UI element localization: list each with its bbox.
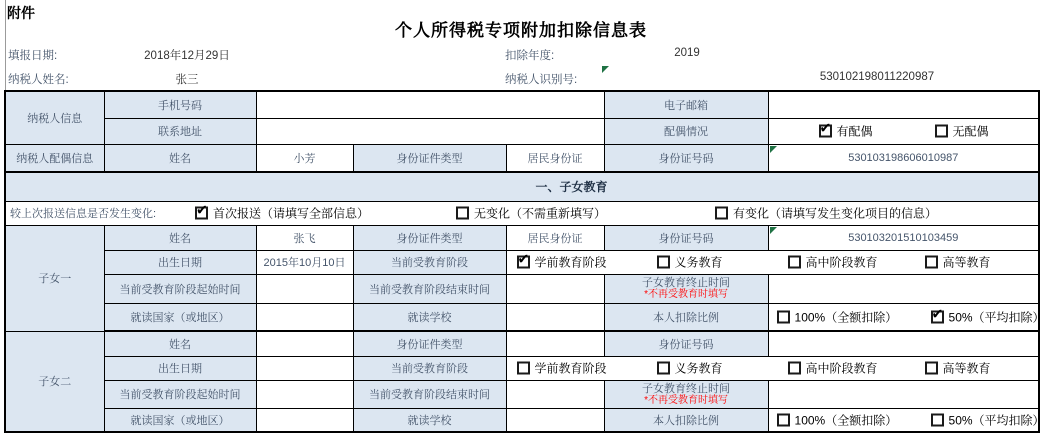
child1-id-type-label: 身份证件类型 [353,225,506,250]
address-value-cell[interactable] [256,118,604,144]
child2-id-type-value-cell[interactable] [506,331,604,356]
child1-edu-end-value-cell[interactable] [768,274,1039,303]
taxpayer-id-label: 纳税人识别号: [505,71,577,87]
deduction-year-label: 扣除年度: [505,47,554,63]
child2-stage-preschool-checkbox[interactable] [517,362,530,375]
no-change-checkbox[interactable] [456,207,469,220]
child2-birth-label: 出生日期 [104,356,256,380]
no-change-label: 无变化（不需重新填写） [474,205,606,222]
child2-stage-start-value-cell[interactable] [256,380,353,408]
child1-id-number-label: 身份证号码 [604,225,768,250]
has-spouse-label: 有配偶 [837,123,873,140]
child1-ratio-options-cell: 100%（全额扣除） 50%（平均扣除） [768,303,1039,331]
child1-stage-options-cell: 学前教育阶段 义务教育 高中阶段教育 高等教育 [506,250,1039,274]
child2-stage-start-label: 当前受教育阶段起始时间 [104,380,256,408]
deduction-form-table: 纳税人信息 手机号码 电子邮箱 联系地址 配偶情况 有配偶 无配偶 [4,90,1040,433]
child2-edu-end-value-cell[interactable] [768,380,1039,408]
child2-stage-label: 当前受教育阶段 [353,356,506,380]
no-spouse-label: 无配偶 [953,123,989,140]
email-label: 电子邮箱 [604,91,768,118]
spouse-status-cell: 有配偶 无配偶 [768,118,1039,144]
spouse-id-type-value-cell[interactable]: 居民身份证 [506,144,604,172]
first-report-checkbox[interactable] [195,207,208,220]
child1-ratio-label: 本人扣除比例 [604,303,768,331]
child2-ratio-50-checkbox[interactable] [931,413,944,426]
child2-ratio-50-label: 50%（平均扣除） [949,411,1040,428]
section-title-children-education: 一、子女教育 [5,172,1039,201]
child2-edu-end-note: *不再受教育时填写 [605,395,768,406]
child2-id-number-value-cell[interactable] [768,331,1039,356]
child2-school-value-cell[interactable] [506,408,604,432]
child1-stage-end-value-cell[interactable] [506,274,604,303]
child1-stage-compulsory-checkbox[interactable] [657,256,670,269]
child1-stage-highschool-checkbox[interactable] [788,256,801,269]
child2-id-type-label: 身份证件类型 [353,331,506,356]
child1-stage-start-label: 当前受教育阶段起始时间 [104,274,256,303]
green-corner-marker [770,227,777,234]
has-spouse-checkbox[interactable] [819,125,832,138]
first-report-label: 首次报送（请填写全部信息） [213,205,369,222]
child1-stage-compulsory-label: 义务教育 [675,254,723,271]
spouse-id-number-value: 530103198606010987 [848,152,958,164]
spouse-info-section-label: 纳税人配偶信息 [5,144,104,172]
child1-country-label: 就读国家（或地区） [104,303,256,331]
child1-stage-preschool-label: 学前教育阶段 [535,254,607,271]
child1-edu-end-label-cell: 子女教育终止时间 *不再受教育时填写 [604,274,768,303]
child2-ratio-100-checkbox[interactable] [777,413,790,426]
taxpayer-name-label: 纳税人姓名: [8,71,69,87]
mobile-value-cell[interactable] [256,91,604,118]
child2-ratio-options-cell: 100%（全额扣除） 50%（平均扣除） [768,408,1039,432]
child1-stage-highschool-label: 高中阶段教育 [806,254,878,271]
child1-stage-higher-ed-label: 高等教育 [943,254,991,271]
spouse-id-type-label: 身份证件类型 [353,144,506,172]
spouse-name-value-cell[interactable]: 小芳 [256,144,353,172]
no-spouse-checkbox[interactable] [935,125,948,138]
child1-edu-end-note: *不再受教育时填写 [605,289,768,300]
taxpayer-id-value[interactable]: 530102198011220987 [777,71,977,83]
child1-ratio-50-label: 50%（平均扣除） [949,308,1040,325]
child2-stage-highschool-label: 高中阶段教育 [806,360,878,377]
child1-id-number-value: 530103201510103459 [848,232,958,244]
change-status-label: 较上次报送信息是否发生变化: [10,205,156,221]
child1-ratio-50-checkbox[interactable] [931,310,944,323]
fill-date-label: 填报日期: [8,47,57,63]
child2-stage-options-cell: 学前教育阶段 义务教育 高中阶段教育 高等教育 [506,356,1039,380]
child1-id-type-value-cell[interactable]: 居民身份证 [506,225,604,250]
child2-edu-end-label-cell: 子女教育终止时间 *不再受教育时填写 [604,380,768,408]
child2-id-number-label: 身份证号码 [604,331,768,356]
spouse-id-number-label: 身份证号码 [604,144,768,172]
child2-school-label: 就读学校 [353,408,506,432]
child1-edu-end-label: 子女教育终止时间 [605,277,768,289]
child2-birth-value-cell[interactable] [256,356,353,380]
child2-stage-higher-ed-checkbox[interactable] [925,362,938,375]
child1-birth-value-cell[interactable]: 2015年10月10日 [256,250,353,274]
child1-school-label: 就读学校 [353,303,506,331]
child1-ratio-100-label: 100%（全额扣除） [795,308,898,325]
spreadsheet-form: 附件 个人所得税专项附加扣除信息表 填报日期: 2018年12月29日 扣除年度… [0,0,1042,433]
child1-stage-higher-ed-checkbox[interactable] [925,256,938,269]
page-edge-line [5,0,6,92]
child2-stage-end-label: 当前受教育阶段结束时间 [353,380,506,408]
child2-stage-end-value-cell[interactable] [506,380,604,408]
has-change-label: 有变化（请填写发生变化项目的信息） [733,205,937,222]
child1-stage-end-label: 当前受教育阶段结束时间 [353,274,506,303]
spouse-name-label: 姓名 [104,144,256,172]
mobile-label: 手机号码 [104,91,256,118]
child1-stage-start-value-cell[interactable] [256,274,353,303]
green-corner-marker [602,66,609,73]
child1-stage-preschool-checkbox[interactable] [517,256,530,269]
child1-name-value-cell[interactable]: 张飞 [256,225,353,250]
fill-date-value[interactable]: 2018年12月29日 [107,47,267,63]
child1-school-value-cell[interactable] [506,303,604,331]
child2-stage-preschool-label: 学前教育阶段 [535,360,607,377]
spouse-status-label: 配偶情况 [604,118,768,144]
taxpayer-name-value[interactable]: 张三 [107,71,267,87]
taxpayer-info-section-label: 纳税人信息 [5,91,104,144]
change-status-row: 较上次报送信息是否发生变化: 首次报送（请填写全部信息） 无变化（不需重新填写）… [5,201,1039,225]
email-value-cell[interactable] [768,91,1039,118]
child1-country-value-cell[interactable] [256,303,353,331]
child2-stage-higher-ed-label: 高等教育 [943,360,991,377]
child2-edu-end-label: 子女教育终止时间 [605,383,768,395]
green-corner-marker [770,146,777,153]
deduction-year-value[interactable]: 2019 [607,47,767,59]
child1-name-label: 姓名 [104,225,256,250]
child2-name-label: 姓名 [104,331,256,356]
has-change-checkbox[interactable] [715,207,728,220]
child2-country-label: 就读国家（或地区） [104,408,256,432]
child2-stage-compulsory-checkbox[interactable] [657,362,670,375]
form-title: 个人所得税专项附加扣除信息表 [0,16,1042,41]
child2-ratio-100-label: 100%（全额扣除） [795,411,898,428]
child1-id-number-value-cell[interactable]: 530103201510103459 [768,225,1039,250]
child1-stage-label: 当前受教育阶段 [353,250,506,274]
child1-birth-label: 出生日期 [104,250,256,274]
child1-ratio-100-checkbox[interactable] [777,310,790,323]
child2-section-label: 子女二 [5,331,104,432]
address-label: 联系地址 [104,118,256,144]
spouse-id-number-value-cell[interactable]: 530103198606010987 [768,144,1039,172]
child1-section-label: 子女一 [5,225,104,331]
child2-country-value-cell[interactable] [256,408,353,432]
child2-stage-compulsory-label: 义务教育 [675,360,723,377]
child2-name-value-cell[interactable] [256,331,353,356]
child2-ratio-label: 本人扣除比例 [604,408,768,432]
child2-stage-highschool-checkbox[interactable] [788,362,801,375]
